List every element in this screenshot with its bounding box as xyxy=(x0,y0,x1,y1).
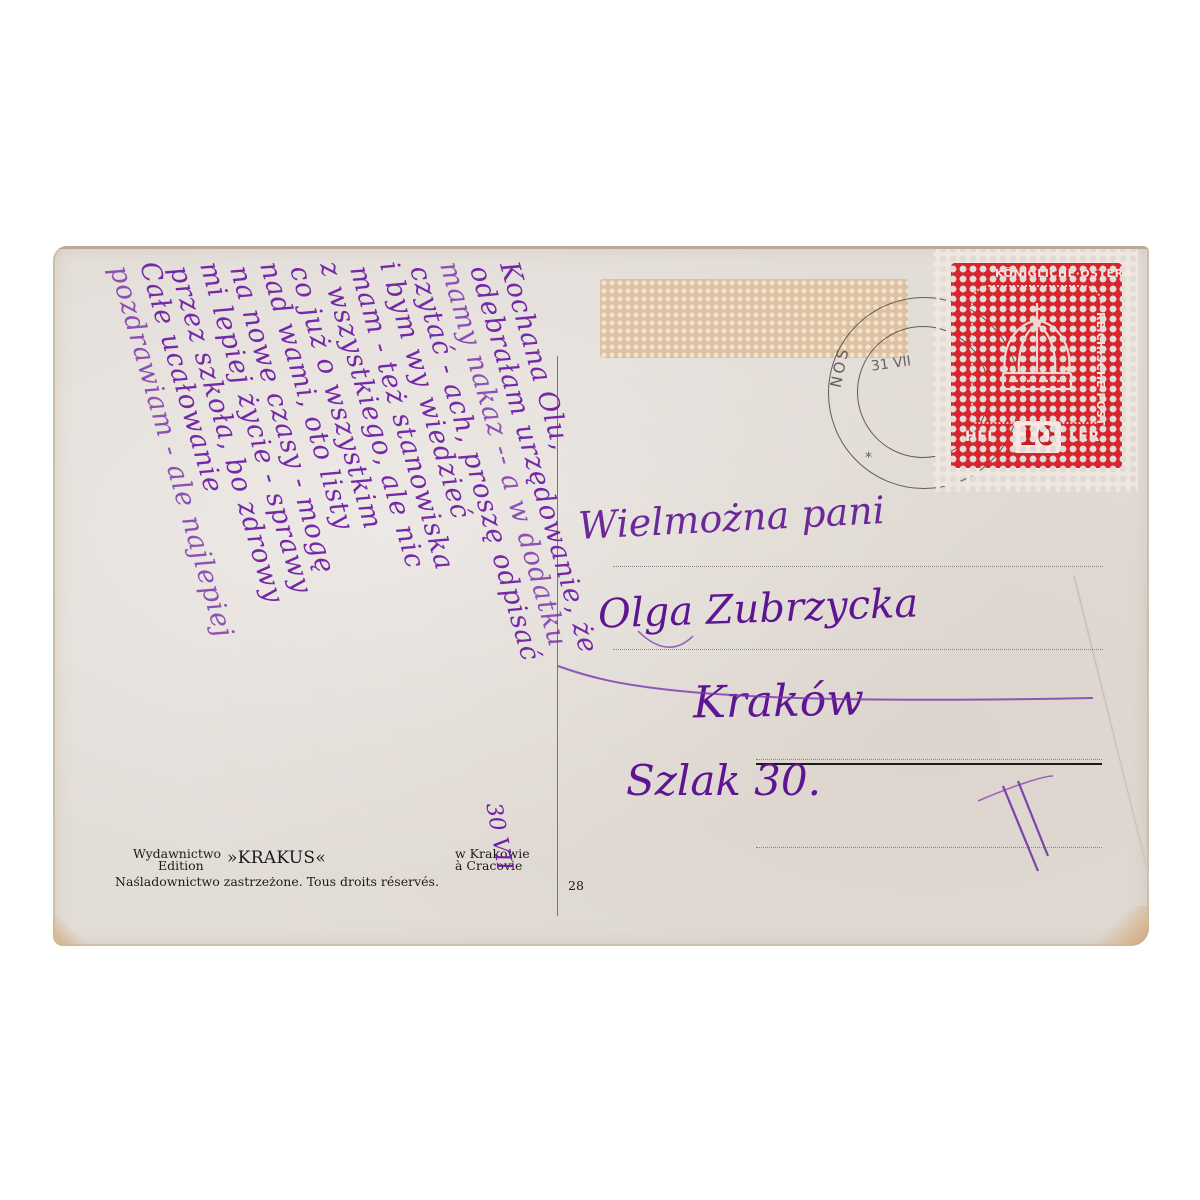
address-salutation: Wielmożna pani xyxy=(577,488,886,548)
rights-notice: Naśladownictwo zastrzeżone. Tous droits … xyxy=(115,874,439,889)
address-line xyxy=(756,847,1102,848)
address-line xyxy=(613,566,1103,567)
address-name: Olga Zubrzycka xyxy=(597,580,919,637)
worn-corner xyxy=(1089,906,1149,946)
postmark-star-icon: * xyxy=(865,450,872,466)
photo-stage: NOS 31 VII * KÖNIGLICHE·ÖSTERR KAISERLIC… xyxy=(0,0,1200,1200)
card-crease xyxy=(1073,576,1149,945)
stamp-design: KÖNIGLICHE·ÖSTERR KAISERLICHE· REICHISCH… xyxy=(951,263,1122,468)
stamp-value: 10 xyxy=(1013,421,1061,453)
stamp-right-text: REICHISCHE·POST xyxy=(1094,312,1106,426)
stamp-top-text: KÖNIGLICHE·ÖSTERR xyxy=(995,267,1133,280)
crown-icon xyxy=(995,299,1079,403)
stamp-denomination-right: LER xyxy=(1069,429,1100,445)
address-city: Kraków xyxy=(693,675,865,729)
publisher-label-fr: Edition xyxy=(158,858,204,873)
address-street: Szlak 30. xyxy=(626,756,821,805)
postcard: NOS 31 VII * KÖNIGLICHE·ÖSTERR KAISERLIC… xyxy=(53,246,1149,946)
address-line xyxy=(613,649,1103,650)
worn-corner xyxy=(53,916,93,946)
stamp-denomination-left: HEL xyxy=(965,429,997,445)
card-number: 28 xyxy=(568,878,584,893)
publisher-brand: »KRAKUS« xyxy=(227,848,326,868)
postage-stamp: KÖNIGLICHE·ÖSTERR KAISERLICHE· REICHISCH… xyxy=(933,249,1138,492)
